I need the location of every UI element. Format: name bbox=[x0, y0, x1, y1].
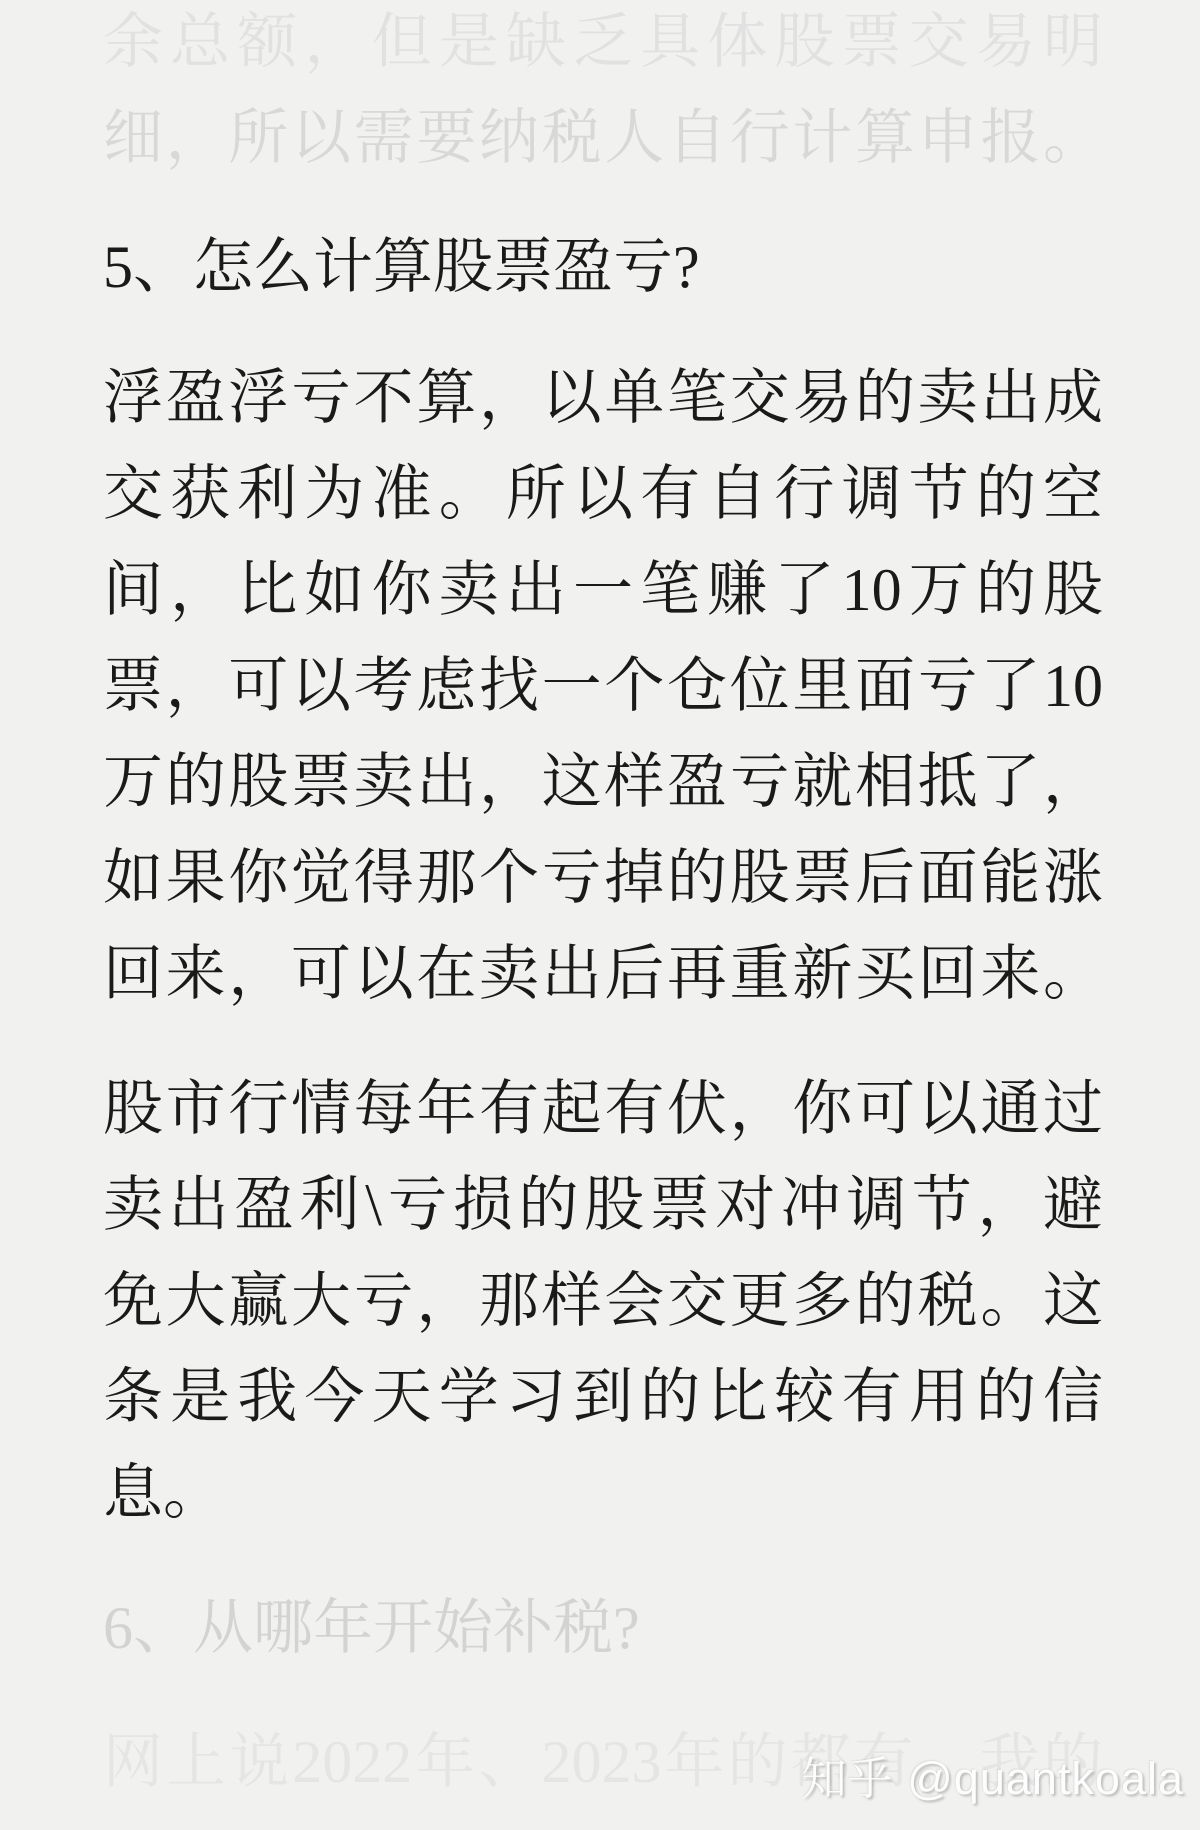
article-page: 余总额，但是缺乏具体股票交易明 细，所以需要纳税人自行计算申报。 5、怎么计算股… bbox=[0, 0, 1200, 1830]
zhihu-watermark: 知乎 @quantkoala bbox=[802, 1756, 1184, 1801]
article-line: 浮盈浮亏不算，以单笔交易的卖出成 bbox=[103, 350, 1103, 446]
article-line: 余总额，但是缺乏具体股票交易明 bbox=[103, 0, 1103, 90]
article-line: 股市行情每年有起有伏，你可以通过 bbox=[103, 1061, 1103, 1157]
article-line: 回来，可以在卖出后再重新买回来。 bbox=[103, 926, 1103, 1022]
article-line: 票，可以考虑找一个仓位里面亏了10 bbox=[103, 638, 1103, 734]
section5-heading: 5、怎么计算股票盈亏? bbox=[103, 237, 700, 297]
section6-heading: 6、从哪年开始补税? bbox=[103, 1598, 640, 1658]
article-line: 条是我今天学习到的比较有用的信 bbox=[103, 1349, 1103, 1445]
article-line: 如果你觉得那个亏掉的股票后面能涨 bbox=[103, 830, 1103, 926]
prev-section-paragraph: 余总额，但是缺乏具体股票交易明 细，所以需要纳税人自行计算申报。 bbox=[103, 0, 1103, 186]
article-line: 交获利为准。所以有自行调节的空 bbox=[103, 446, 1103, 542]
article-line: 卖出盈利\亏损的股票对冲调节，避 bbox=[103, 1157, 1103, 1253]
article-line: 免大赢大亏，那样会交更多的税。这 bbox=[103, 1253, 1103, 1349]
section5-paragraph-2: 股市行情每年有起有伏，你可以通过 卖出盈利\亏损的股票对冲调节，避 免大赢大亏，… bbox=[103, 1061, 1103, 1541]
article-line: 间，比如你卖出一笔赚了10万的股 bbox=[103, 542, 1103, 638]
section5-paragraph-1: 浮盈浮亏不算，以单笔交易的卖出成 交获利为准。所以有自行调节的空 间，比如你卖出… bbox=[103, 350, 1103, 1022]
article-line: 息。 bbox=[103, 1445, 1103, 1541]
article-line: 细，所以需要纳税人自行计算申报。 bbox=[103, 90, 1103, 186]
article-line: 万的股票卖出，这样盈亏就相抵了， bbox=[103, 734, 1103, 830]
